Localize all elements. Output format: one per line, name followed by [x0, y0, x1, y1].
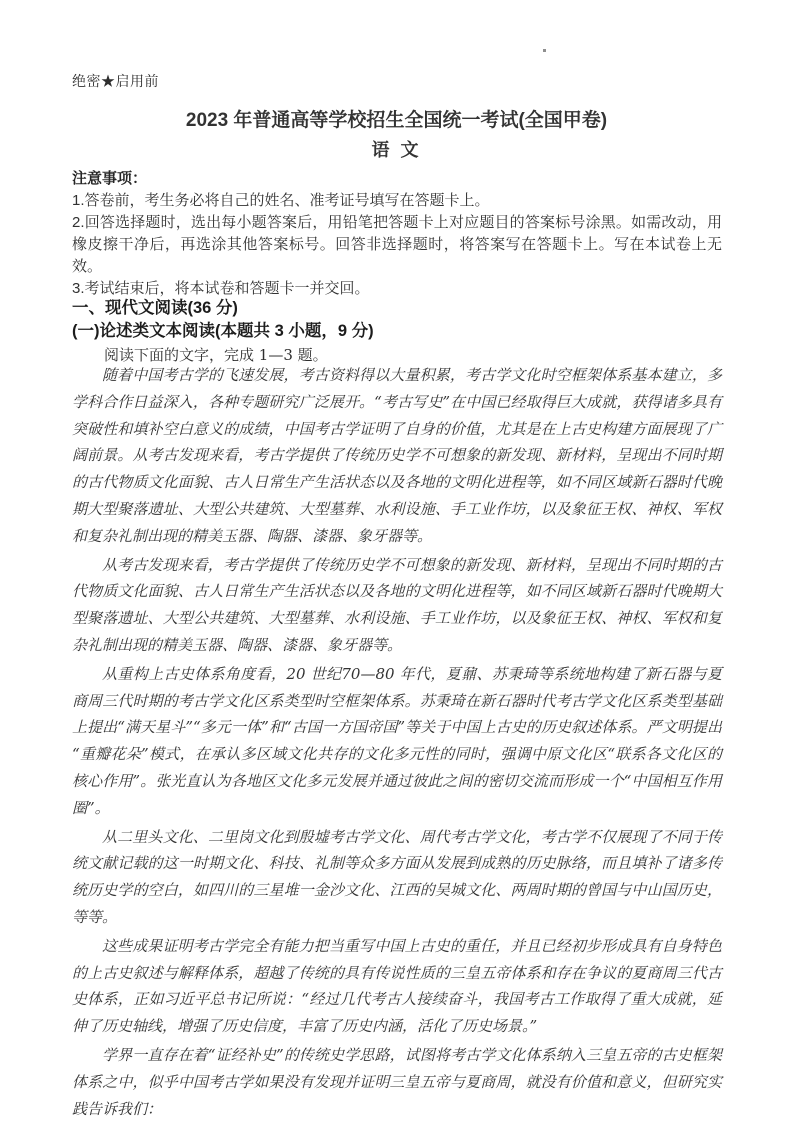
exam-paper-page: 绝密★启用前 2023 年普通高等学校招生全国统一考试(全国甲卷) 语 文 注意… — [0, 0, 793, 1122]
passage-paragraph-5: 这些成果证明考古学完全有能力把当重写中国上古史的重任，并且已经初步形成具有自身特… — [72, 933, 722, 1040]
page-artifact-dot — [543, 49, 546, 52]
passage-paragraph-1: 随着中国考古学的飞速发展，考古资料得以大量积累，考古学文化时空框架体系基本建立，… — [72, 362, 722, 550]
notice-item-1: 1.答卷前，考生务必将自己的姓名、准考证号填写在答题卡上。 — [72, 190, 722, 212]
section-headings: 一、现代文阅读(36 分) (一)论述类文本阅读(本题共 3 小题，9 分) — [72, 297, 722, 343]
reading-passage: 随着中国考古学的飞速发展，考古资料得以大量积累，考古学文化时空框架体系基本建立，… — [72, 362, 722, 1122]
passage-paragraph-6: 学界一直存在着“证经补史”的传统史学思路，试图将考古学文化体系纳入三皇五帝的古史… — [72, 1042, 722, 1122]
notice-item-2: 2.回答选择题时，选出每小题答案后，用铅笔把答题卡上对应题目的答案标号涂黑。如需… — [72, 212, 722, 278]
notice-section: 注意事项： 1.答卷前，考生务必将自己的姓名、准考证号填写在答题卡上。 2.回答… — [72, 168, 722, 300]
exam-title: 2023 年普通高等学校招生全国统一考试(全国甲卷) — [0, 105, 793, 132]
exam-subject: 语 文 — [0, 136, 793, 162]
section-heading: 一、现代文阅读(36 分) — [72, 297, 722, 320]
passage-paragraph-4: 从二里头文化、二里岗文化到殷墟考古学文化、周代考古学文化，考古学不仅展现了不同于… — [72, 824, 722, 931]
subsection-heading: (一)论述类文本阅读(本题共 3 小题，9 分) — [72, 320, 722, 343]
passage-paragraph-3: 从重构上古史体系角度看，20 世纪70—80 年代，夏鼐、苏秉琦等系统地构建了新… — [72, 661, 722, 822]
classification-label: 绝密★启用前 — [72, 71, 159, 91]
notice-heading: 注意事项： — [72, 168, 722, 190]
passage-paragraph-2: 从考古发现来看，考古学提供了传统历史学不可想象的新发现、新材料，呈现出不同时期的… — [72, 552, 722, 659]
